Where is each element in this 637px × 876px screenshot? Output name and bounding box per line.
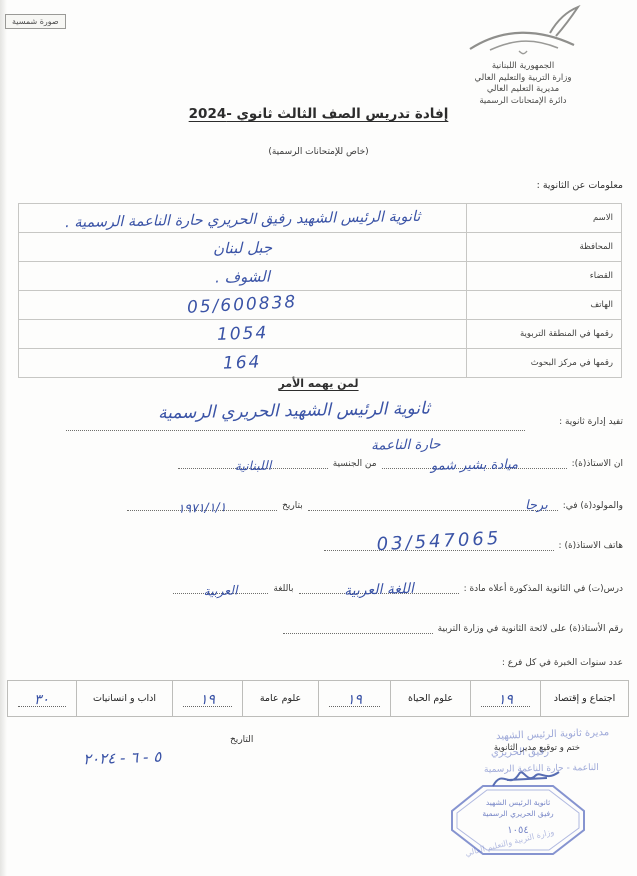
date-value: ٥ - ٦ - ٢٠٢٤ — [15, 749, 230, 767]
field-label-name: الاسم — [467, 204, 622, 233]
school-info-heading: معلومات عن الثانوية : — [537, 180, 623, 191]
form-title: إفادة تدريس الصف الثالث ثانوي -2024 — [0, 106, 637, 122]
field-value-district: الشوف . — [19, 262, 467, 291]
field-value-name: ثانوية الرئيس الشهيد رفيق الحريري حارة ا… — [19, 204, 467, 233]
subject-field-row: درس(ت) في الثانوية المذكورة أعلاه مادة :… — [173, 580, 623, 594]
birth-date-value: ١٩٧١/١/١ — [127, 497, 277, 517]
field-label-district: القضاء — [467, 262, 622, 291]
stamp-text-line1: مديرة ثانوية الرئيس الشهيد — [496, 727, 609, 742]
teacher-phone-label: هاتف الاستاذ(ة) : — [559, 541, 623, 551]
table-row: رقمها في مركز البحوث 164 — [19, 349, 622, 378]
attestation-heading: لمن يهمه الأمر — [0, 377, 637, 390]
header-line-republic: الجمهورية اللبنانية — [423, 61, 623, 73]
birth-field-row: والمولود(ة) في: برجا بتاريخ ١٩٧١/١/١ — [127, 497, 623, 511]
teacher-phone-value: 03/547065 — [323, 525, 554, 558]
teacher-field-row: ان الاستاذ(ة): ميادة بشير شمو من الجنسية… — [178, 455, 623, 469]
seal-line2: رفيق الحريري الرسمية — [449, 808, 587, 819]
teacher-phone-row: هاتف الاستاذ(ة) : 03/547065 — [324, 537, 623, 551]
header-line-ministry: وزارة التربية والتعليم العالي — [423, 73, 623, 85]
school-info-table: الاسم ثانوية الرئيس الشهيد رفيق الحريري … — [18, 203, 622, 378]
stamp-text-line2: رفيق الحريري — [491, 746, 549, 758]
teacher-name-value: ميادة بشير شمو — [381, 456, 566, 474]
exp-value-socio-economics: ١٩ — [471, 681, 541, 717]
header-line-directorate: مديرية التعليم العالي — [423, 84, 623, 96]
language-value: العربية — [173, 581, 268, 599]
ministry-logo-icon — [464, 5, 582, 59]
field-label-phone: الهاتف — [467, 291, 622, 320]
exp-value-general-sciences: ١٩ — [173, 681, 243, 717]
school-field-value-line1: ثانوية الرئيس الشهيد الحريري الرسمية — [62, 401, 525, 421]
language-label: باللغة — [273, 584, 293, 594]
field-value-edu-zone-number: 1054 — [19, 320, 467, 349]
nationality-dotline: اللبنانية — [178, 455, 328, 469]
school-field-label: تفيد إدارة ثانوية : — [559, 417, 623, 427]
birth-field-label: والمولود(ة) في: — [563, 501, 623, 511]
subject-field-label: درس(ت) في الثانوية المذكورة أعلاه مادة : — [464, 584, 623, 594]
table-row: الاسم ثانوية الرئيس الشهيد رفيق الحريري … — [19, 204, 622, 233]
experience-heading: عدد سنوات الخبرة في كل فرع : — [502, 658, 623, 668]
table-row: القضاء الشوف . — [19, 262, 622, 291]
field-label-edu-zone-number: رقمها في المنطقة التربوية — [467, 320, 622, 349]
form-subtitle: (خاص للإمتحانات الرسمية) — [0, 147, 637, 157]
table-row: المحافظة جبل لبنان — [19, 233, 622, 262]
teacher-name-dotline: ميادة بشير شمو — [382, 455, 567, 469]
birth-date-dotline: ١٩٧١/١/١ — [127, 497, 277, 511]
photo-placeholder-label: صورة شمسية — [12, 17, 59, 26]
seal-number: ١٠٥٤ — [449, 825, 587, 836]
teacher-field-label: ان الاستاذ(ة): — [572, 459, 623, 469]
field-value-governorate: جبل لبنان — [19, 233, 467, 262]
exp-label-general-sciences: علوم عامة — [243, 681, 319, 717]
scanned-teaching-attestation-form: صورة شمسية الجمهورية اللبنانية وزارة الت… — [0, 0, 637, 876]
ministry-header: الجمهورية اللبنانية وزارة التربية والتعل… — [423, 5, 623, 107]
roster-dotline — [283, 620, 433, 634]
roster-field-row: رقم الأستاذ(ة) على لائحة الثانوية في وزا… — [283, 620, 623, 634]
field-label-governorate: المحافظة — [467, 233, 622, 262]
exp-label-socio-economics: اجتماع و إقتصاد — [541, 681, 629, 717]
subject-dotline: اللغة العربية — [299, 580, 459, 594]
exp-label-humanities: اداب و انسانيات — [77, 681, 173, 717]
exp-label-life-sciences: علوم الحياة — [391, 681, 471, 717]
teacher-phone-dotline: 03/547065 — [324, 537, 554, 551]
date-label: التاريخ — [230, 735, 253, 745]
subject-value: اللغة العربية — [298, 579, 458, 601]
table-row: الهاتف 05/600838 — [19, 291, 622, 320]
roster-field-label: رقم الأستاذ(ة) على لائحة الثانوية في وزا… — [438, 624, 623, 634]
seal-line1: ثانوية الرئيس الشهيد — [449, 797, 587, 808]
field-value-phone: 05/600838 — [19, 291, 467, 320]
field-value-research-center-number: 164 — [19, 349, 467, 378]
birth-date-label: بتاريخ — [282, 501, 303, 511]
school-seal: ثانوية الرئيس الشهيد رفيق الحريري الرسمي… — [449, 783, 587, 857]
experience-row: اجتماع و إقتصاد ١٩ علوم الحياة ١٩ علوم ع… — [8, 681, 629, 717]
exp-value-life-sciences: ١٩ — [319, 681, 391, 717]
nationality-value: اللبنانية — [178, 457, 328, 475]
school-seal-outline — [449, 783, 587, 857]
field-label-research-center-number: رقمها في مركز البحوث — [467, 349, 622, 378]
school-field-dotline — [66, 429, 525, 431]
birth-place-value: برجا — [525, 498, 548, 513]
experience-table: اجتماع و إقتصاد ١٩ علوم الحياة ١٩ علوم ع… — [7, 680, 629, 717]
nationality-label: من الجنسية — [333, 459, 377, 469]
school-field-value-line2: حارة الناعمة — [371, 434, 441, 453]
birth-place-dotline: برجا — [308, 497, 558, 511]
table-row: رقمها في المنطقة التربوية 1054 — [19, 320, 622, 349]
photo-placeholder-box: صورة شمسية — [5, 14, 66, 29]
exp-value-humanities: ٣٠ — [8, 681, 77, 717]
language-dotline: العربية — [173, 580, 268, 594]
